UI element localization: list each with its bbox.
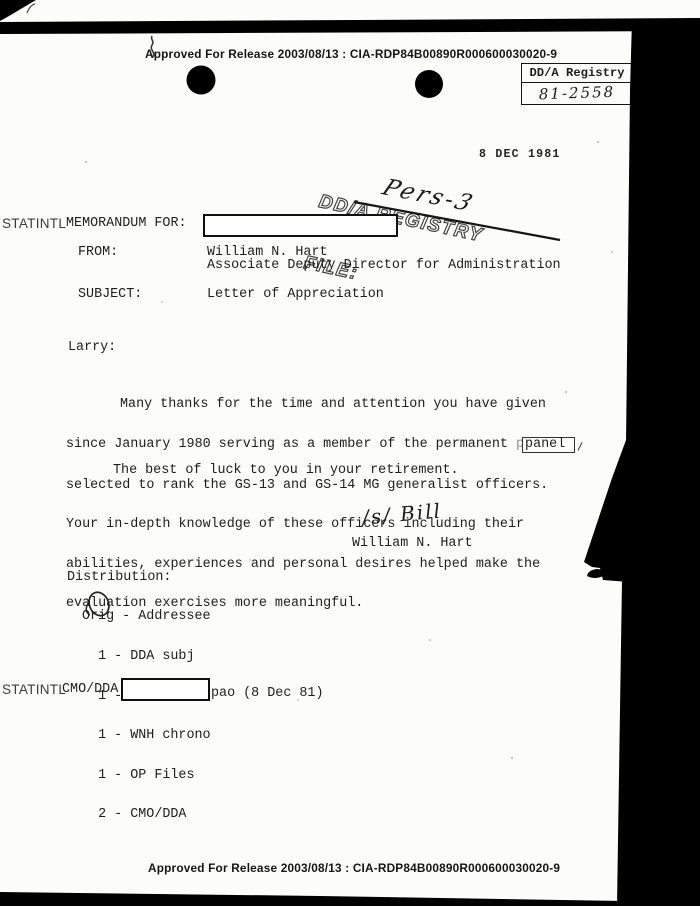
distribution-row: 1 - WNH chrono: [82, 729, 211, 742]
statintl-marker-bottom: STATINTL: [2, 682, 66, 697]
routing-office: CMO/DDA: [62, 683, 118, 696]
corner-pen-mark: [27, 4, 35, 13]
registry-box-label: DD/A Registry: [522, 64, 632, 83]
distribution-row: 1 - DDA subj: [82, 650, 211, 663]
body-line: selected to rank the GS-13 and GS-14 MG …: [66, 479, 566, 492]
scan-edge-top-left: [0, 0, 36, 21]
scan-edge-top: [0, 18, 700, 34]
signature-typed: William N. Hart: [352, 537, 473, 550]
statintl-marker-top: STATINTL: [2, 216, 66, 231]
memorandum-for-label: MEMORANDUM FOR:: [66, 217, 187, 230]
registry-number-box: DD/A Registry 81-2558: [521, 63, 633, 105]
distribution-label: Distribution:: [67, 571, 171, 584]
body-line2-text: since January 1980 serving as a member o…: [66, 437, 516, 452]
closing-line: The best of luck to you in your retireme…: [113, 464, 459, 477]
hole-punch-left: [187, 66, 216, 95]
bottom-release-line: Approved For Release 2003/08/13 : CIA-RD…: [148, 861, 560, 875]
hole-punch-right: [415, 70, 443, 98]
body-line: Your in-depth knowledge of these officer…: [66, 518, 566, 531]
subject-label: SUBJECT:: [78, 288, 142, 301]
from-title: Associate Deputy Director for Administra…: [207, 259, 561, 272]
scan-edge-bottom: [0, 892, 624, 906]
body-line: since January 1980 serving as a member o…: [66, 438, 566, 452]
top-release-line: Approved For Release 2003/08/13 : CIA-RD…: [145, 47, 557, 61]
salutation: Larry:: [68, 341, 116, 354]
document-page: Approved For Release 2003/08/13 : CIA-RD…: [0, 0, 700, 906]
redaction-box-originator: [121, 678, 210, 701]
body-line: Many thanks for the time and attention y…: [66, 398, 566, 411]
body-line2-boxed-word: panel: [522, 437, 575, 453]
scan-blob-right: [584, 432, 629, 582]
scan-edge-right: [617, 18, 700, 906]
distribution-row: Orig - Addressee: [82, 610, 211, 623]
registry-number-handwritten: 81-2558: [522, 81, 633, 105]
subject-value: Letter of Appreciation: [207, 288, 384, 301]
routing-suffix: pao (8 Dec 81): [211, 687, 324, 700]
from-label: FROM:: [78, 246, 118, 259]
distribution-list: Orig - Addressee 1 - DDA subj 1 - DDA ch…: [82, 584, 211, 848]
distribution-row: 2 - CMO/DDA: [82, 808, 211, 821]
scan-blob-hook: [587, 569, 603, 578]
redaction-box-addressee: [203, 214, 398, 237]
date-stamp: 8 DEC 1981: [479, 148, 561, 161]
distribution-row: 1 - OP Files: [82, 769, 211, 782]
